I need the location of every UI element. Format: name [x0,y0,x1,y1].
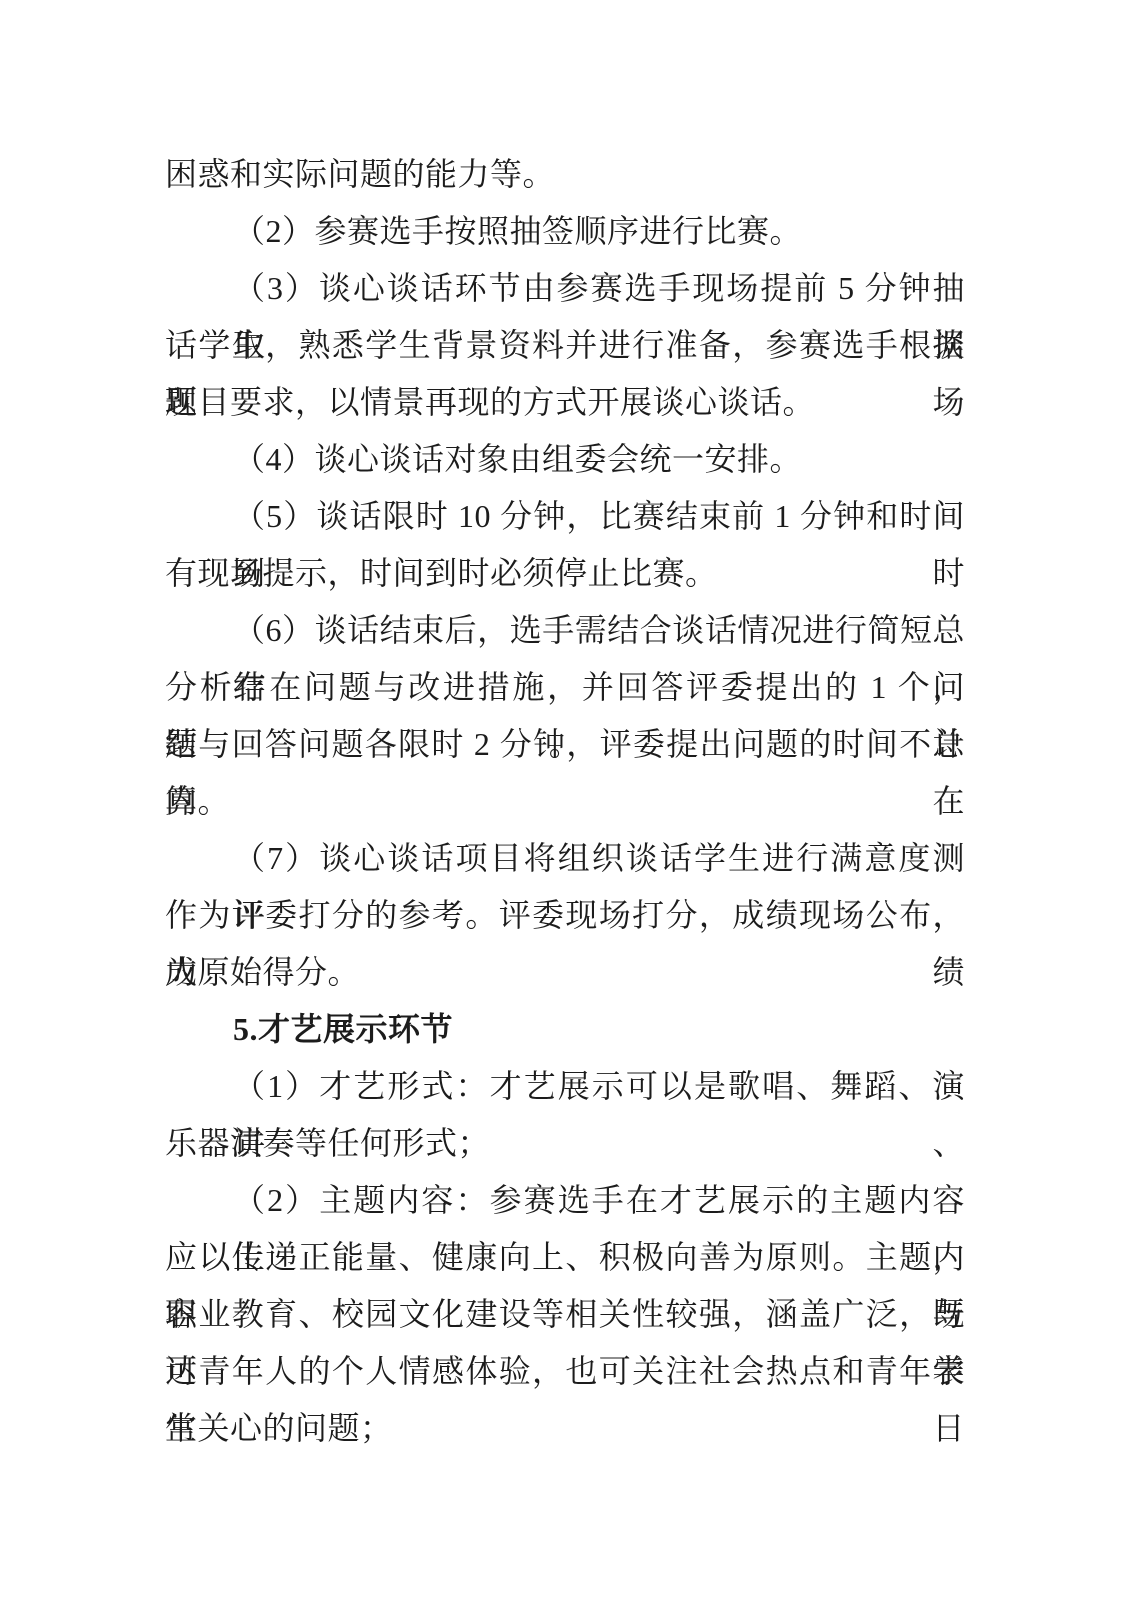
text-line: 分析存在问题与改进措施，并回答评委提出的 1 个问题。总 [165,659,965,716]
text-line: （2）参赛选手按照抽签顺序进行比赛。 [165,203,965,260]
document-body: 困惑和实际问题的能力等。（2）参赛选手按照抽签顺序进行比赛。（3）谈心谈话环节由… [165,146,965,1457]
text-line: 达青年人的个人情感体验，也可关注社会热点和青年学生日 [165,1343,965,1400]
document-page: 困惑和实际问题的能力等。（2）参赛选手按照抽签顺序进行比赛。（3）谈心谈话环节由… [0,0,1131,1600]
text-line: （7）谈心谈话项目将组织谈话学生进行满意度测评， [165,830,965,887]
text-line: （2）主题内容：参赛选手在才艺展示的主题内容上， [165,1172,965,1229]
text-line: 作为评委打分的参考。评委现场打分，成绩现场公布，成绩 [165,887,965,944]
text-line: （4）谈心谈话对象由组委会统一安排。 [165,431,965,488]
section-heading: 5.才艺展示环节 [165,1001,965,1058]
text-line: （6）谈话结束后，选手需结合谈话情况进行简短总结， [165,602,965,659]
text-line: （3）谈心谈话环节由参赛选手现场提前 5 分钟抽取谈 [165,260,965,317]
text-line: 应以传递正能量、健康向上、积极向善为原则。主题内容与 [165,1229,965,1286]
text-line: 困惑和实际问题的能力等。 [165,146,965,203]
text-line: 话学生，熟悉学生背景资料并进行准备，参赛选手根据现场 [165,317,965,374]
text-line: （1）才艺形式：才艺展示可以是歌唱、舞蹈、演讲、 [165,1058,965,1115]
text-line: 结与回答问题各限时 2 分钟，评委提出问题的时间不计算在 [165,716,965,773]
text-line: 职业教育、校园文化建设等相关性较强，涵盖广泛，既可表 [165,1286,965,1343]
text-line: （5）谈话限时 10 分钟，比赛结束前 1 分钟和时间到时 [165,488,965,545]
